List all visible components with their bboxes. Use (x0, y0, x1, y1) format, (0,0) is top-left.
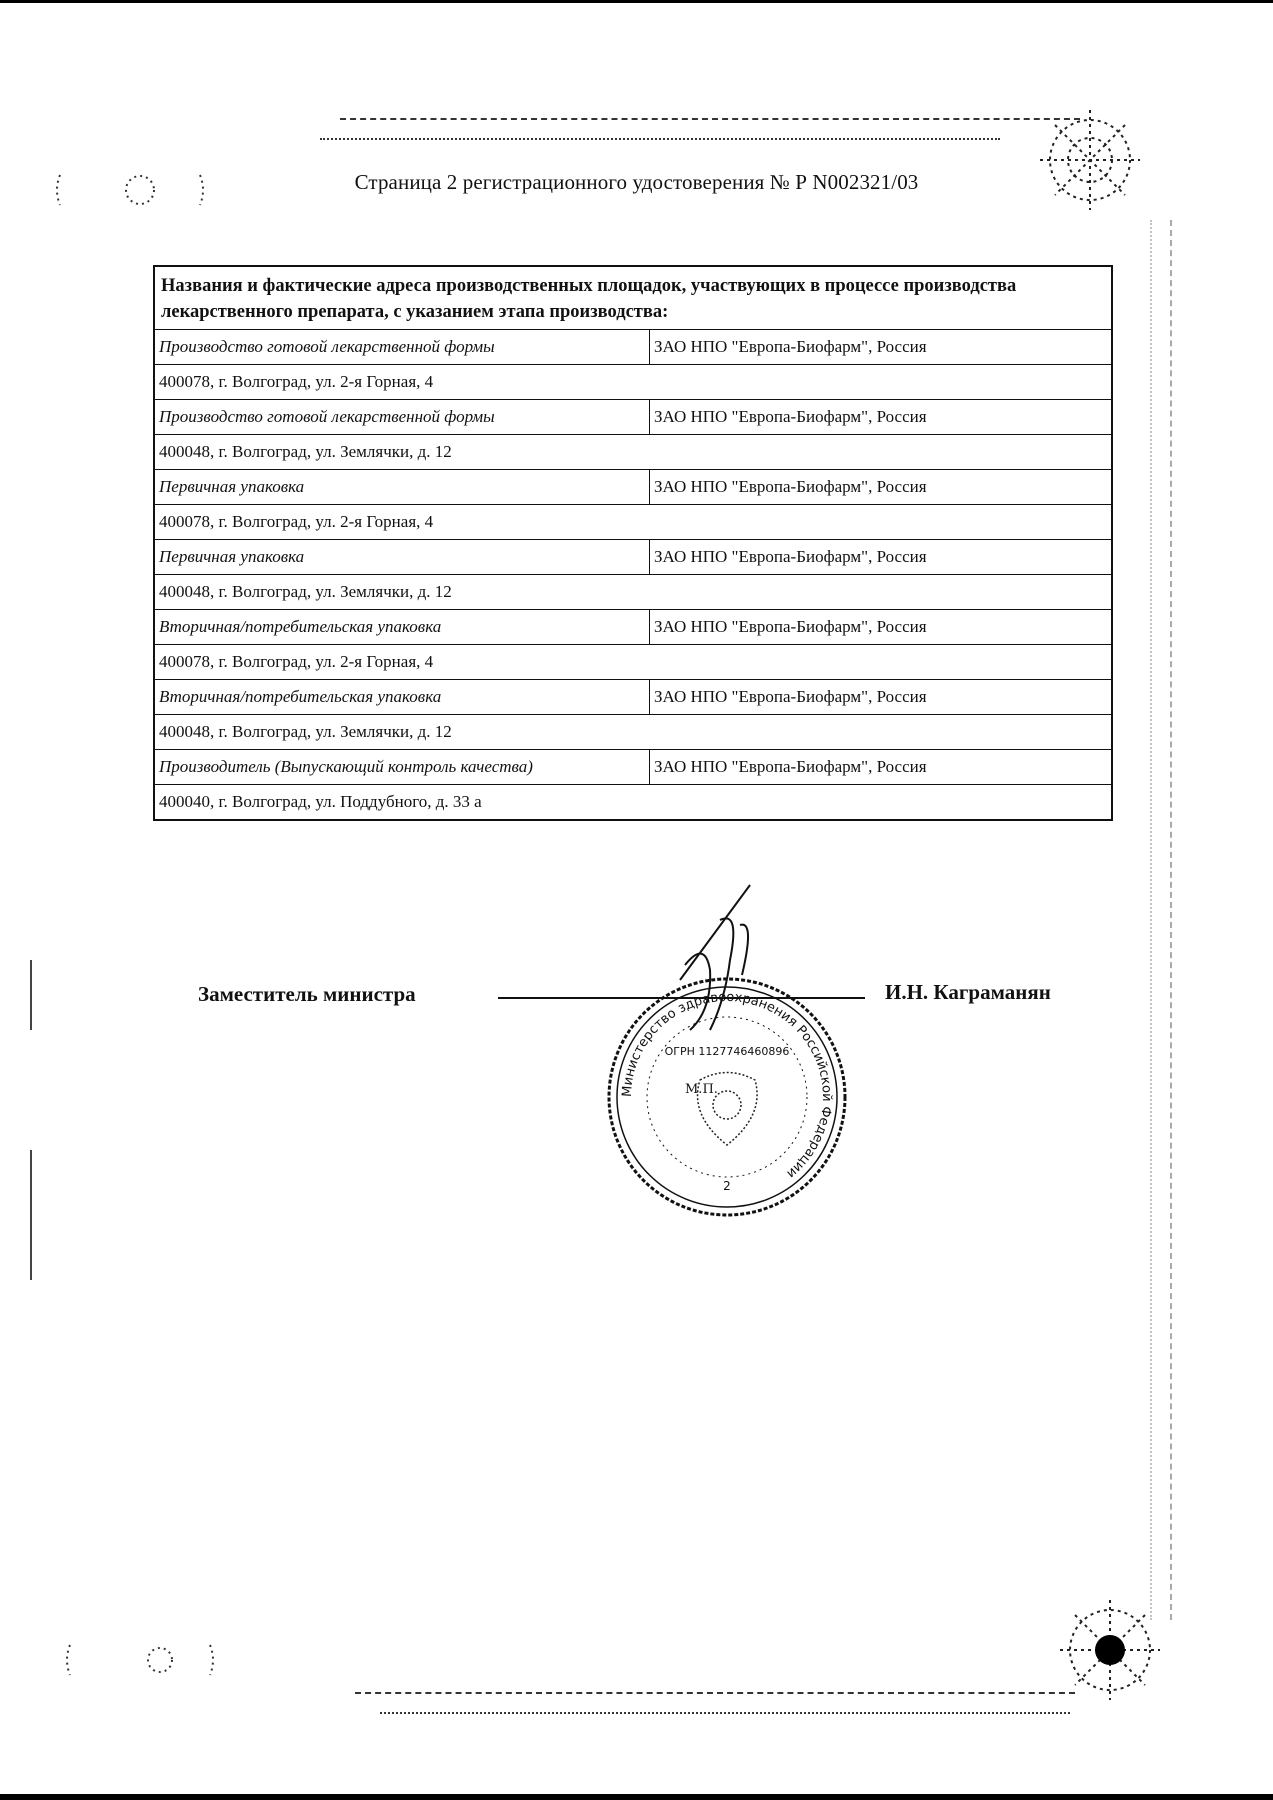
table-row: Первичная упаковка ЗАО НПО "Европа-Биофа… (154, 540, 1112, 575)
address-cell: 400078, г. Волгоград, ул. 2-я Горная, 4 (154, 645, 1112, 680)
company-cell: ЗАО НПО "Европа-Биофарм", Россия (650, 330, 1113, 365)
seal-number: 2 (723, 1179, 731, 1193)
signatory-name: И.Н. Каграманян (885, 980, 1051, 1005)
company-cell: ЗАО НПО "Европа-Биофарм", Россия (650, 470, 1113, 505)
handwritten-signature-icon (650, 880, 800, 1040)
left-margin-mark (30, 960, 32, 1030)
address-cell: 400040, г. Волгоград, ул. Поддубного, д.… (154, 785, 1112, 821)
seal-inner-text: ОГРН 1127746460896 (665, 1045, 790, 1058)
address-cell: 400048, г. Волгоград, ул. Землячки, д. 1… (154, 435, 1112, 470)
stage-cell: Производство готовой лекарственной формы (154, 330, 650, 365)
signatory-position: Заместитель министра (198, 982, 416, 1007)
company-cell: ЗАО НПО "Европа-Биофарм", Россия (650, 680, 1113, 715)
table-row: Первичная упаковка ЗАО НПО "Европа-Биофа… (154, 470, 1112, 505)
table-row: 400040, г. Волгоград, ул. Поддубного, д.… (154, 785, 1112, 821)
table-row: Производство готовой лекарственной формы… (154, 400, 1112, 435)
frame-right-dotted-line (1150, 220, 1154, 1620)
table-row: 400078, г. Волгоград, ул. 2-я Горная, 4 (154, 505, 1112, 540)
scan-bottom-edge (0, 1794, 1273, 1800)
address-cell: 400048, г. Волгоград, ул. Землячки, д. 1… (154, 715, 1112, 750)
frame-bottom-dashed-line (355, 1692, 1075, 1694)
table-row: Вторичная/потребительская упаковка ЗАО Н… (154, 610, 1112, 645)
table-row: 400078, г. Волгоград, ул. 2-я Горная, 4 (154, 365, 1112, 400)
table-row: Вторичная/потребительская упаковка ЗАО Н… (154, 680, 1112, 715)
company-cell: ЗАО НПО "Европа-Биофарм", Россия (650, 400, 1113, 435)
table-row: 400078, г. Волгоград, ул. 2-я Горная, 4 (154, 645, 1112, 680)
address-cell: 400078, г. Волгоград, ул. 2-я Горная, 4 (154, 505, 1112, 540)
frame-top-dotted-line (320, 138, 1000, 140)
stage-cell: Первичная упаковка (154, 540, 650, 575)
left-margin-mark (30, 1150, 32, 1280)
address-cell: 400048, г. Волгоград, ул. Землячки, д. 1… (154, 575, 1112, 610)
frame-top-dashed-line (340, 118, 1080, 120)
page-title: Страница 2 регистрационного удостоверени… (0, 170, 1273, 195)
table-row: 400048, г. Волгоград, ул. Землячки, д. 1… (154, 715, 1112, 750)
company-cell: ЗАО НПО "Европа-Биофарм", Россия (650, 750, 1113, 785)
table-row: 400048, г. Волгоград, ул. Землячки, д. 1… (154, 435, 1112, 470)
stage-cell: Производство готовой лекарственной формы (154, 400, 650, 435)
seal-mark: М.П. (685, 1082, 718, 1097)
table-row: Производитель (Выпускающий контроль каче… (154, 750, 1112, 785)
address-cell: 400078, г. Волгоград, ул. 2-я Горная, 4 (154, 365, 1112, 400)
production-sites-table: Названия и фактические адреса производст… (153, 265, 1113, 821)
corner-ornament-icon (60, 1635, 220, 1685)
table-header-row: Названия и фактические адреса производст… (154, 266, 1112, 330)
frame-bottom-dotted-line (380, 1712, 1070, 1714)
frame-right-line (1170, 220, 1174, 1620)
stage-cell: Первичная упаковка (154, 470, 650, 505)
rosette-ornament-icon (1050, 1590, 1170, 1710)
scan-top-edge (0, 0, 1273, 3)
company-cell: ЗАО НПО "Европа-Биофарм", Россия (650, 540, 1113, 575)
table-row: Производство готовой лекарственной формы… (154, 330, 1112, 365)
rosette-ornament-icon (1030, 100, 1150, 220)
stage-cell: Производитель (Выпускающий контроль каче… (154, 750, 650, 785)
stage-cell: Вторичная/потребительская упаковка (154, 610, 650, 645)
table-header: Названия и фактические адреса производст… (154, 266, 1112, 330)
stage-cell: Вторичная/потребительская упаковка (154, 680, 650, 715)
company-cell: ЗАО НПО "Европа-Биофарм", Россия (650, 610, 1113, 645)
table-row: 400048, г. Волгоград, ул. Землячки, д. 1… (154, 575, 1112, 610)
